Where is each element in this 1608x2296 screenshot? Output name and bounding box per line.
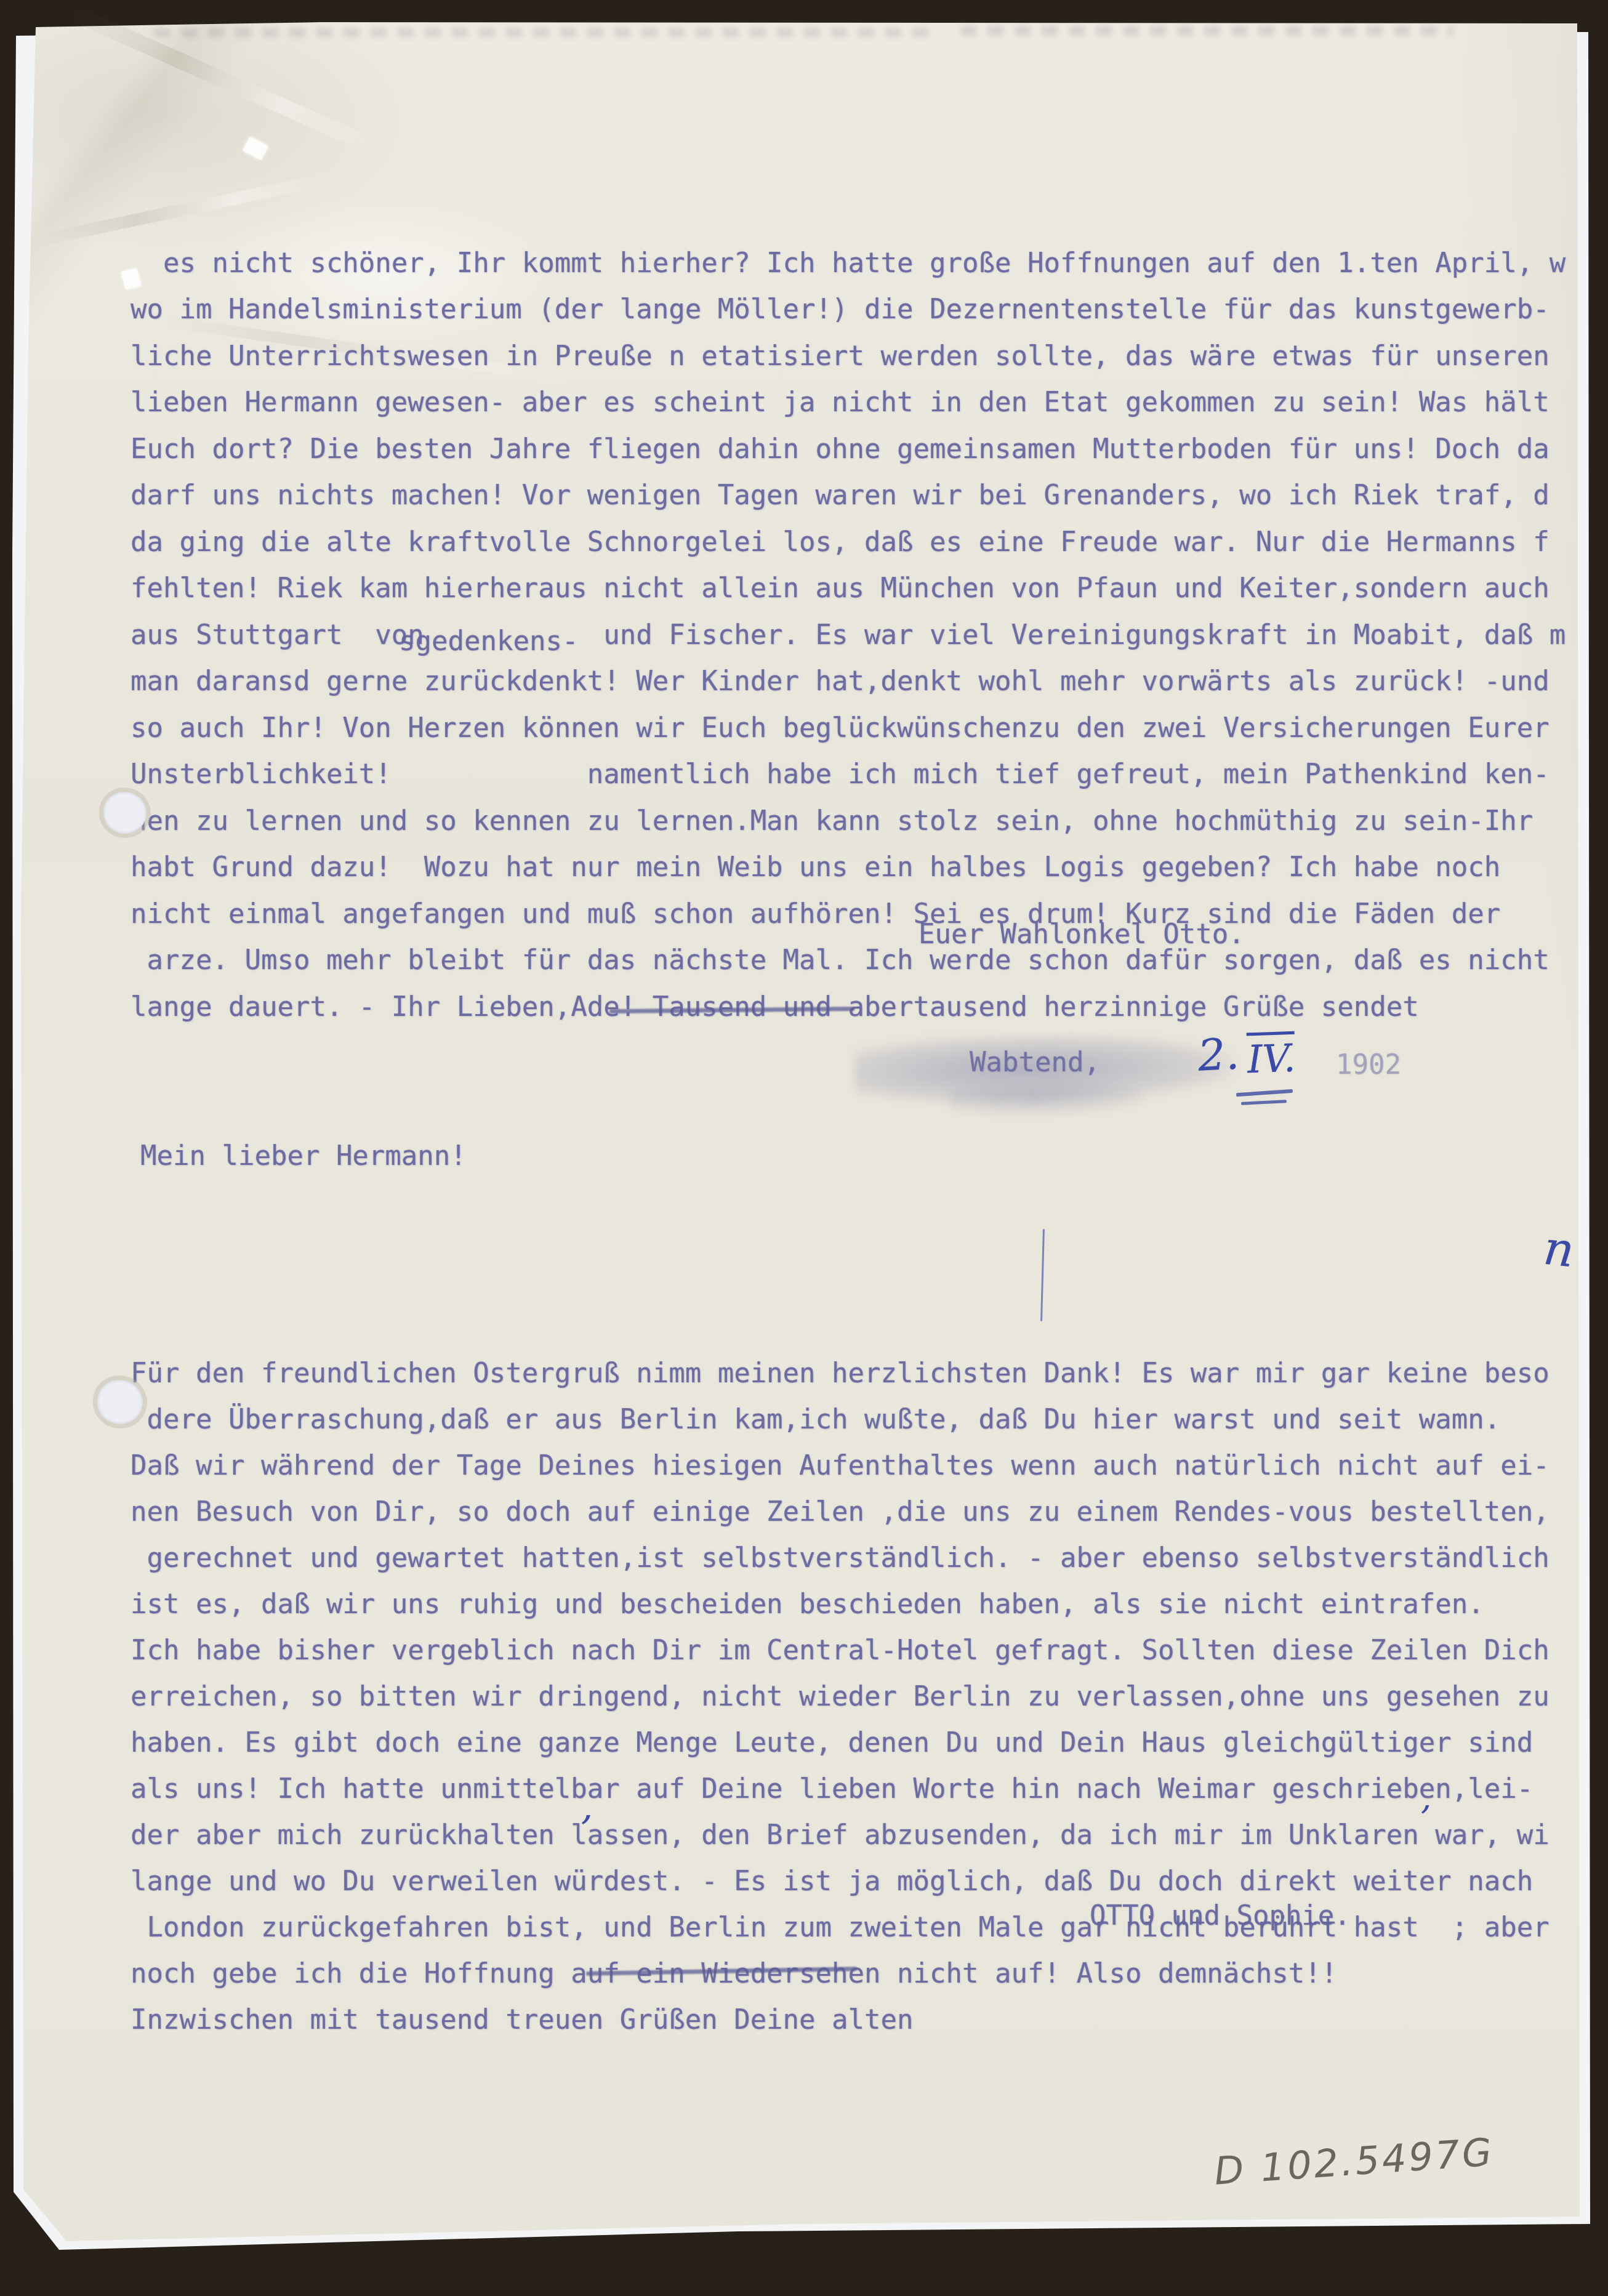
letter-line: Daß wir während der Tage Deines hiesigen…	[131, 1443, 1550, 1489]
punch-hole	[97, 1380, 143, 1424]
letter2-salutation: Mein lieber Hermann!	[140, 1140, 467, 1172]
letter-line: Für den freundlichen Ostergruß nimm mein…	[131, 1350, 1550, 1396]
letter-line: da ging die alte kraftvolle Schnorgelei …	[131, 519, 1566, 566]
letter-line: darf uns nichts machen! Vor wenigen Tage…	[131, 472, 1566, 519]
dateline-year: 1902	[1336, 1049, 1401, 1081]
letter-line: habt Grund dazu! Wozu hat nur mein Weib …	[131, 844, 1566, 891]
letter1-signature: Euer Wahlonkel Otto.	[919, 919, 1245, 950]
letter-line: der aber mich zurückhalten lassen, den B…	[131, 1812, 1550, 1858]
inserted-mark: ,	[1421, 1778, 1431, 1817]
letter-line: es nicht schöner, Ihr kommt hierher? Ich…	[131, 240, 1566, 287]
letter-line: Unsterblichkeit! namentlich habe ich mic…	[131, 751, 1566, 798]
letter-line: gerechnet und gewartet hatten,ist selbst…	[131, 1535, 1550, 1581]
letter-line: aus Stuttgart von und Fischer. Es war vi…	[131, 612, 1566, 659]
letter-line: liche Unterrichtswesen in Preuße n etati…	[131, 333, 1566, 380]
letter-line: ist es, daß wir uns ruhig und bescheiden…	[131, 1581, 1550, 1627]
letter-line: fehlten! Riek kam hierheraus nicht allei…	[131, 565, 1566, 612]
letter-line: man daransd gerne zurückdenkt! Wer Kinde…	[131, 658, 1566, 705]
letter-line: Ich habe bisher vergeblich nach Dir im C…	[131, 1627, 1550, 1674]
dateline-day-handwritten: 2.	[1197, 1028, 1240, 1081]
letter-line: lieben Hermann gewesen- aber es scheint …	[131, 379, 1566, 426]
inserted-comma: ,	[581, 1786, 593, 1829]
letter-line: Euch dort? Die besten Jahre fliegen dahi…	[131, 426, 1566, 473]
letter-line: so auch Ihr! Von Herzen können wir Euch …	[131, 705, 1566, 752]
letter-line: dere Überraschung,daß er aus Berlin kam,…	[131, 1396, 1550, 1443]
dateline-place: Wabtend,	[970, 1047, 1100, 1078]
letter-line: arze. Umso mehr bleibt für das nächste M…	[131, 937, 1566, 984]
letter-line: haben. Es gibt doch eine ganze Menge Leu…	[131, 1720, 1550, 1766]
ink-smudge	[948, 1081, 1146, 1116]
letter-line: wo im Handelsministerium (der lange Möll…	[131, 286, 1566, 333]
letter-line: als uns! Ich hatte unmittelbar auf Deine…	[131, 1766, 1550, 1812]
letter-line: Inzwischen mit tausend treuen Grüßen Dei…	[131, 1997, 1550, 2043]
letter-line: noch gebe ich die Hoffnung auf ein Wiede…	[131, 1951, 1550, 1997]
dateline-month-handwritten: IV.	[1247, 1031, 1296, 1082]
letter2-signature: OTTO und Sophie.	[1090, 1900, 1351, 1931]
ghost-ink-strip	[960, 26, 1453, 36]
ghost-ink-strip	[154, 28, 930, 37]
letter-line: erreichen, so bitten wir dringend, nicht…	[131, 1674, 1550, 1720]
letter1-interline-insert: sgedenkens-	[399, 626, 578, 657]
letter-line: lange und wo Du verweilen würdest. - Es …	[131, 1858, 1550, 1904]
punch-hole	[103, 792, 147, 834]
letter-line: nen zu lernen und so kennen zu lernen.Ma…	[131, 798, 1566, 845]
letter-line: nicht einmal angefangen und muß schon au…	[131, 891, 1566, 938]
scanned-letter-page: es nicht schöner, Ihr kommt hierher? Ich…	[0, 0, 1608, 2296]
letter-line: nen Besuch von Dir, so doch auf einige Z…	[131, 1489, 1550, 1535]
letter1-body: es nicht schöner, Ihr kommt hierher? Ich…	[131, 100, 1566, 1030]
margin-correction: n	[1541, 1220, 1577, 1278]
